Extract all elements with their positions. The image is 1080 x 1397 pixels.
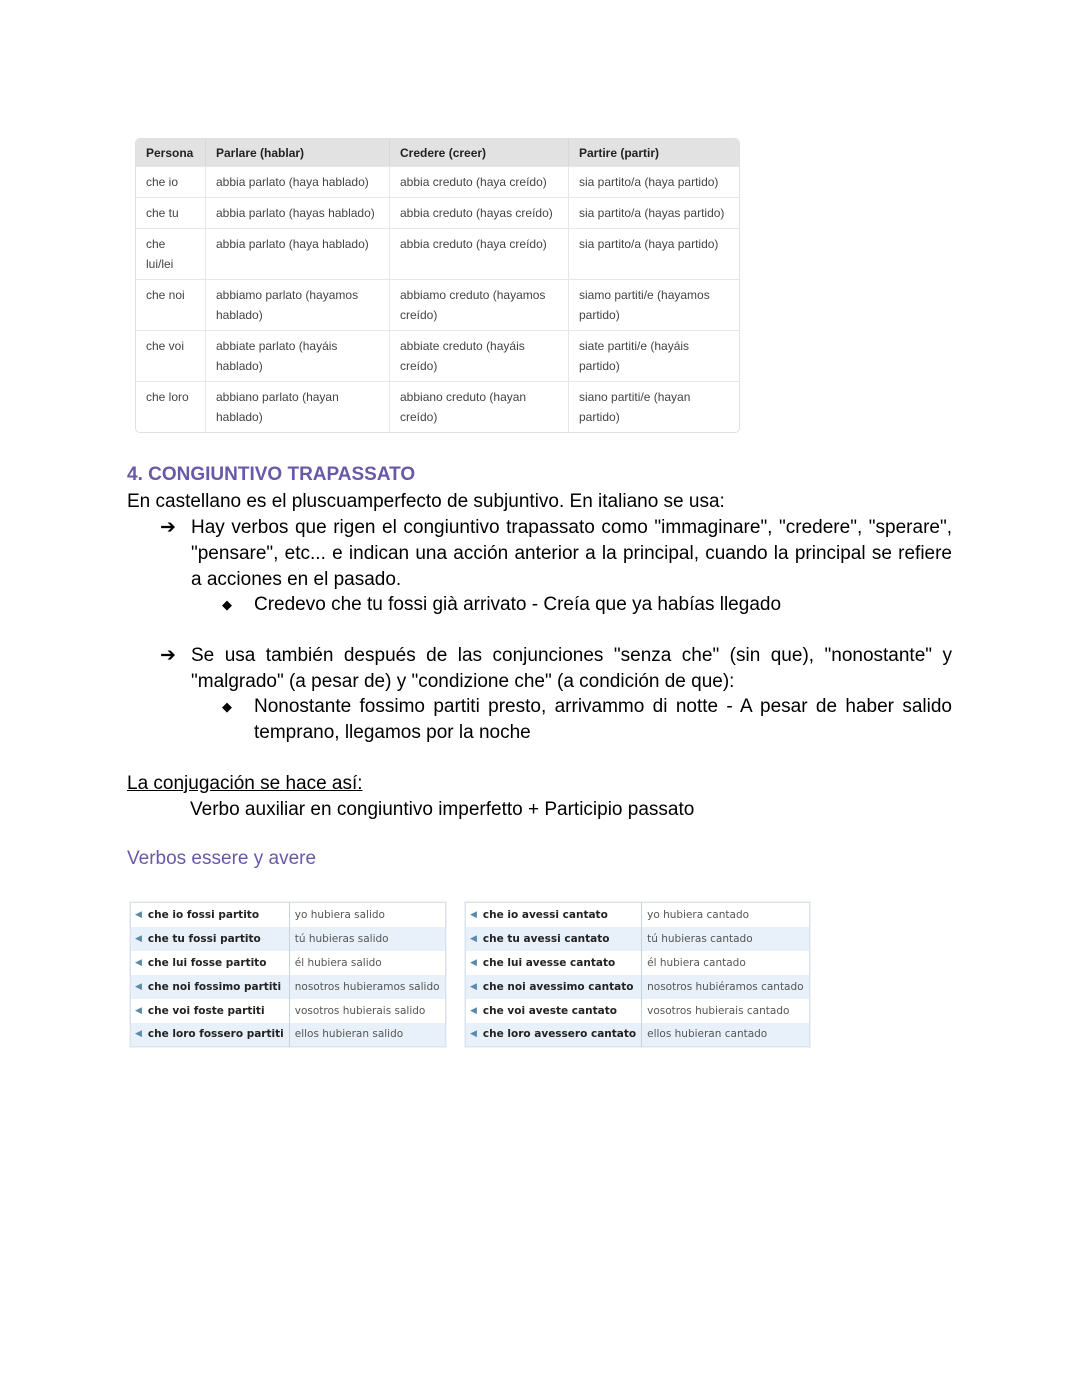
example-item: ◆ Credevo che tu fossi già arrivato - Cr… xyxy=(222,592,952,618)
usage-point: ➔ Se usa también después de las conjunci… xyxy=(160,643,952,695)
table-row: ◀che lui avesse cantato él hubiera canta… xyxy=(466,951,810,975)
table-row: che voi abbiate parlato (hayáis hablado)… xyxy=(136,330,739,381)
arrow-right-icon: ➔ xyxy=(160,515,176,541)
table-row: ◀che loro avessero cantato ellos hubiera… xyxy=(466,1023,810,1047)
speaker-icon[interactable]: ◀ xyxy=(470,910,477,920)
table-cell: abbia parlato (haya hablado) xyxy=(206,166,390,197)
table-cell: abbiamo creduto (hayamos creído) xyxy=(390,279,569,330)
table-cell: sia partito/a (haya partido) xyxy=(569,228,739,279)
table-row: ◀che voi aveste cantato vosotros hubiera… xyxy=(466,999,810,1023)
table-cell: abbiano creduto (hayan creído) xyxy=(390,381,569,432)
table-cell: siano partiti/e (hayan partido) xyxy=(569,381,739,432)
table-row: che noi abbiamo parlato (hayamos hablado… xyxy=(136,279,739,330)
table-row: che io abbia parlato (haya hablado) abbi… xyxy=(136,166,739,197)
speaker-icon[interactable]: ◀ xyxy=(135,982,142,992)
spanish-translation: yo hubiera salido xyxy=(289,903,445,927)
table-cell: siate partiti/e (hayáis partido) xyxy=(569,330,739,381)
diamond-bullet-icon: ◆ xyxy=(222,694,232,720)
table-cell: abbia creduto (haya creído) xyxy=(390,166,569,197)
column-header: Parlare (hablar) xyxy=(206,139,390,166)
table-cell: che noi xyxy=(136,279,206,330)
italian-form: che io avessi cantato xyxy=(483,909,608,921)
table-cell: abbiano parlato (hayan hablado) xyxy=(206,381,390,432)
spanish-translation: tú hubieras salido xyxy=(289,927,445,951)
speaker-icon[interactable]: ◀ xyxy=(470,958,477,968)
table-cell: sia partito/a (haya partido) xyxy=(569,166,739,197)
table-row: ◀che noi fossimo partiti nosotros hubier… xyxy=(131,975,446,999)
table-row: ◀che noi avessimo cantato nosotros hubié… xyxy=(466,975,810,999)
table-cell: abbia parlato (hayas hablado) xyxy=(206,197,390,228)
essere-trapassato-table: ◀che io fossi partito yo hubiera salido … xyxy=(130,902,446,1047)
table-row: ◀che tu avessi cantato tú hubieras canta… xyxy=(466,927,810,951)
spanish-translation: vosotros hubierais salido xyxy=(289,999,445,1023)
table-row: ◀che lui fosse partito él hubiera salido xyxy=(131,951,446,975)
table-cell: abbiate parlato (hayáis hablado) xyxy=(206,330,390,381)
conjugation-formula: Verbo auxiliar en congiuntivo imperfetto… xyxy=(190,797,694,823)
avere-trapassato-table: ◀che io avessi cantato yo hubiera cantad… xyxy=(465,902,810,1047)
intro-paragraph: En castellano es el pluscuamperfecto de … xyxy=(127,489,725,515)
table-cell: siamo partiti/e (hayamos partido) xyxy=(569,279,739,330)
usage-point-text: Hay verbos que rigen el congiuntivo trap… xyxy=(191,515,952,592)
table-row: ◀che loro fossero partiti ellos hubieran… xyxy=(131,1023,446,1047)
spanish-translation: vosotros hubierais cantado xyxy=(642,999,809,1023)
diamond-bullet-icon: ◆ xyxy=(222,592,232,618)
speaker-icon[interactable]: ◀ xyxy=(135,1029,142,1039)
italian-form: che loro avessero cantato xyxy=(483,1028,636,1040)
italian-form: che lui avesse cantato xyxy=(483,957,615,969)
italian-form: che tu avessi cantato xyxy=(483,933,610,945)
table-row: ◀che io fossi partito yo hubiera salido xyxy=(131,903,446,927)
table-cell: che tu xyxy=(136,197,206,228)
spanish-translation: tú hubieras cantado xyxy=(642,927,809,951)
speaker-icon[interactable]: ◀ xyxy=(470,1006,477,1016)
speaker-icon[interactable]: ◀ xyxy=(470,982,477,992)
italian-form: che voi foste partiti xyxy=(148,1005,265,1017)
column-header: Partire (partir) xyxy=(569,139,739,166)
table-cell: sia partito/a (hayas partido) xyxy=(569,197,739,228)
table-cell: abbiamo parlato (hayamos hablado) xyxy=(206,279,390,330)
table-cell: che io xyxy=(136,166,206,197)
table-cell: abbiate creduto (hayáis creído) xyxy=(390,330,569,381)
subheading-essere-avere: Verbos essere y avere xyxy=(127,848,316,870)
spanish-translation: ellos hubieran cantado xyxy=(642,1023,809,1047)
table-row: ◀che io avessi cantato yo hubiera cantad… xyxy=(466,903,810,927)
table-row: ◀che tu fossi partito tú hubieras salido xyxy=(131,927,446,951)
table-cell: abbia creduto (hayas creído) xyxy=(390,197,569,228)
table-header-row: Persona Parlare (hablar) Credere (creer)… xyxy=(136,139,739,166)
spanish-translation: él hubiera salido xyxy=(289,951,445,975)
example-text: Nonostante fossimo partiti presto, arriv… xyxy=(254,694,952,746)
speaker-icon[interactable]: ◀ xyxy=(470,934,477,944)
table-cell: che lui/lei xyxy=(136,228,206,279)
italian-form: che loro fossero partiti xyxy=(148,1028,284,1040)
table-row: che tu abbia parlato (hayas hablado) abb… xyxy=(136,197,739,228)
speaker-icon[interactable]: ◀ xyxy=(135,958,142,968)
example-item: ◆ Nonostante fossimo partiti presto, arr… xyxy=(222,694,952,746)
italian-form: che lui fosse partito xyxy=(148,957,267,969)
table-cell: che voi xyxy=(136,330,206,381)
conjugation-label: La conjugación se hace así: xyxy=(127,771,363,797)
arrow-right-icon: ➔ xyxy=(160,643,176,669)
usage-point-text: Se usa también después de las conjuncion… xyxy=(191,643,952,695)
table-cell: abbia creduto (haya creído) xyxy=(390,228,569,279)
italian-form: che tu fossi partito xyxy=(148,933,261,945)
spanish-translation: él hubiera cantado xyxy=(642,951,809,975)
column-header: Credere (creer) xyxy=(390,139,569,166)
spanish-translation: yo hubiera cantado xyxy=(642,903,809,927)
table-row: che loro abbiano parlato (hayan hablado)… xyxy=(136,381,739,432)
italian-form: che voi aveste cantato xyxy=(483,1005,617,1017)
speaker-icon[interactable]: ◀ xyxy=(135,1006,142,1016)
speaker-icon[interactable]: ◀ xyxy=(135,934,142,944)
table-row: ◀che voi foste partiti vosotros hubierai… xyxy=(131,999,446,1023)
italian-form: che io fossi partito xyxy=(148,909,259,921)
speaker-icon[interactable]: ◀ xyxy=(135,910,142,920)
table-cell: abbia parlato (haya hablado) xyxy=(206,228,390,279)
congiuntivo-passato-table: Persona Parlare (hablar) Credere (creer)… xyxy=(135,138,740,433)
spanish-translation: nosotros hubiéramos cantado xyxy=(642,975,809,999)
speaker-icon[interactable]: ◀ xyxy=(470,1029,477,1039)
spanish-translation: nosotros hubieramos salido xyxy=(289,975,445,999)
section-title: 4. CONGIUNTIVO TRAPASSATO xyxy=(127,464,415,486)
italian-form: che noi avessimo cantato xyxy=(483,981,634,993)
italian-form: che noi fossimo partiti xyxy=(148,981,281,993)
example-text: Credevo che tu fossi già arrivato - Creí… xyxy=(254,592,952,618)
usage-point: ➔ Hay verbos que rigen el congiuntivo tr… xyxy=(160,515,952,592)
table-row: che lui/lei abbia parlato (haya hablado)… xyxy=(136,228,739,279)
spanish-translation: ellos hubieran salido xyxy=(289,1023,445,1047)
column-header: Persona xyxy=(136,139,206,166)
table-cell: che loro xyxy=(136,381,206,432)
